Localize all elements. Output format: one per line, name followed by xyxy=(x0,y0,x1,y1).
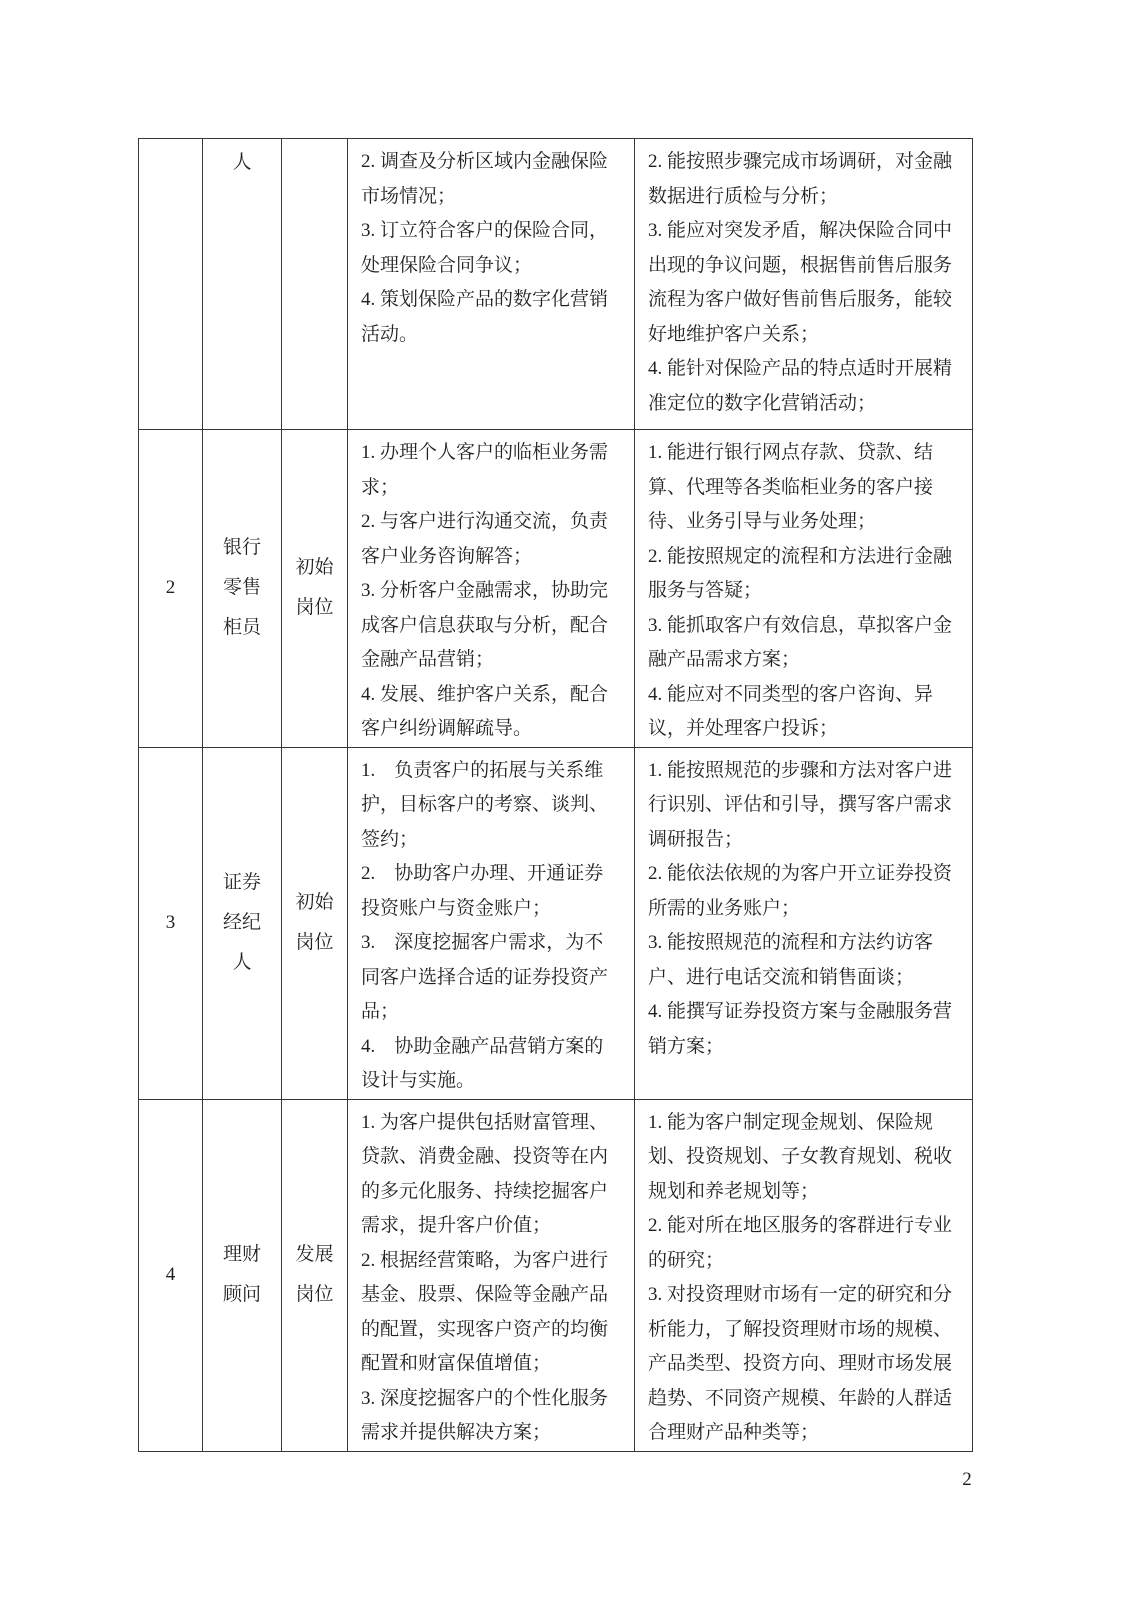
position-type xyxy=(282,139,348,430)
text-line: 趋势、不同资产规模、年龄的人群适 xyxy=(648,1382,966,1417)
table-row: 2银行零售柜员初始岗位1. 办理个人客户的临柜业务需求；2. 与客户进行沟通交流… xyxy=(139,430,973,748)
text-line: 需求并提供解决方案； xyxy=(361,1416,628,1451)
position-abilities: 1. 能进行银行网点存款、贷款、结算、代理等各类临柜业务的客户接待、业务引导与业… xyxy=(635,430,973,748)
text-line: 好地维护客户关系； xyxy=(648,318,966,353)
text-line: 求； xyxy=(361,471,628,506)
text-line: 3. 能抓取客户有效信息，草拟客户金 xyxy=(648,609,966,644)
text-line: 服务与答疑； xyxy=(648,574,966,609)
text-line: 初始 xyxy=(282,548,347,588)
text-line: 准定位的数字化营销活动； xyxy=(648,387,966,422)
text-line: 零售 xyxy=(203,568,281,608)
text-line: 人 xyxy=(203,943,281,983)
text-line: 调研报告； xyxy=(648,823,966,858)
text-line: 4. 能应对不同类型的客户咨询、异 xyxy=(648,678,966,713)
page-number: 2 xyxy=(952,1468,982,1492)
text-line: 议，并处理客户投诉； xyxy=(648,712,966,747)
table-row: 4理财顾问发展岗位1. 为客户提供包括财富管理、贷款、消费金融、投资等在内的多元… xyxy=(139,1099,973,1451)
text-line: 待、业务引导与业务处理； xyxy=(648,505,966,540)
text-line: 证券 xyxy=(203,863,281,903)
text-line: 1. 办理个人客户的临柜业务需 xyxy=(361,436,628,471)
text-line: 理财 xyxy=(203,1235,281,1275)
text-line: 流程为客户做好售前售后服务，能较 xyxy=(648,283,966,318)
position-type: 初始岗位 xyxy=(282,747,348,1099)
text-line: 户、进行电话交流和销售面谈； xyxy=(648,961,966,996)
text-line: 2. 能依法依规的为客户开立证券投资 xyxy=(648,857,966,892)
text-line: 4. 协助金融产品营销方案的 xyxy=(361,1030,628,1065)
text-line: 融产品需求方案； xyxy=(648,643,966,678)
text-line: 客户纠纷调解疏导。 xyxy=(361,712,628,747)
text-line: 品； xyxy=(361,995,628,1030)
text-line: 4. 能撰写证券投资方案与金融服务营 xyxy=(648,995,966,1030)
text-line: 设计与实施。 xyxy=(361,1064,628,1099)
text-line: 配置和财富保值增值； xyxy=(361,1347,628,1382)
text-line: 护，目标客户的考察、谈判、 xyxy=(361,788,628,823)
text-line: 3. 能按照规范的流程和方法约访客 xyxy=(648,926,966,961)
text-line: 2. 能对所在地区服务的客群进行专业 xyxy=(648,1209,966,1244)
text-line: 人 xyxy=(203,143,281,183)
text-line: 岗位 xyxy=(282,923,347,963)
position-abilities: 2. 能按照步骤完成市场调研，对金融数据进行质检与分析；3. 能应对突发矛盾，解… xyxy=(635,139,973,430)
text-line: 金融产品营销； xyxy=(361,643,628,678)
text-line: 初始 xyxy=(282,883,347,923)
text-line: 2. 能按照规定的流程和方法进行金融 xyxy=(648,540,966,575)
text-line: 的研究； xyxy=(648,1244,966,1279)
text-line: 同客户选择合适的证券投资产 xyxy=(361,961,628,996)
text-line: 3. 订立符合客户的保险合同， xyxy=(361,214,628,249)
table-row: 3证券经纪人初始岗位1. 负责客户的拓展与关系维护，目标客户的考察、谈判、签约；… xyxy=(139,747,973,1099)
position-table: 人2. 调查及分析区域内金融保险市场情况；3. 订立符合客户的保险合同，处理保险… xyxy=(138,138,973,1452)
position-name: 证券经纪人 xyxy=(203,747,282,1099)
text-line: 所需的业务账户； xyxy=(648,892,966,927)
row-number: 3 xyxy=(139,747,203,1099)
row-number xyxy=(139,139,203,430)
text-line: 2. 调查及分析区域内金融保险 xyxy=(361,145,628,180)
text-line: 数据进行质检与分析； xyxy=(648,180,966,215)
text-line: 的多元化服务、持续挖掘客户 xyxy=(361,1175,628,1210)
text-line: 需求，提升客户价值； xyxy=(361,1209,628,1244)
text-line: 3. 对投资理财市场有一定的研究和分 xyxy=(648,1278,966,1313)
position-abilities: 1. 能按照规范的步骤和方法对客户进行识别、评估和引导，撰写客户需求调研报告；2… xyxy=(635,747,973,1099)
text-line: 银行 xyxy=(203,528,281,568)
text-line: 1. 负责客户的拓展与关系维 xyxy=(361,754,628,789)
position-type: 初始岗位 xyxy=(282,430,348,748)
text-line: 出现的争议问题，根据售前售后服务 xyxy=(648,249,966,284)
text-line: 4. 发展、维护客户关系，配合 xyxy=(361,678,628,713)
text-line: 2. 根据经营策略，为客户进行 xyxy=(361,1244,628,1279)
text-line: 产品类型、投资方向、理财市场发展 xyxy=(648,1347,966,1382)
position-duties: 1. 为客户提供包括财富管理、贷款、消费金融、投资等在内的多元化服务、持续挖掘客… xyxy=(348,1099,635,1451)
text-line: 合理财产品种类等； xyxy=(648,1416,966,1451)
document-page: 人2. 调查及分析区域内金融保险市场情况；3. 订立符合客户的保险合同，处理保险… xyxy=(0,0,1131,1600)
text-line: 签约； xyxy=(361,823,628,858)
text-line: 客户业务咨询解答； xyxy=(361,540,628,575)
text-line: 顾问 xyxy=(203,1275,281,1315)
text-line: 销方案； xyxy=(648,1030,966,1065)
position-abilities: 1. 能为客户制定现金规划、保险规划、投资规划、子女教育规划、税收规划和养老规划… xyxy=(635,1099,973,1451)
text-line: 行识别、评估和引导，撰写客户需求 xyxy=(648,788,966,823)
text-line: 析能力，了解投资理财市场的规模、 xyxy=(648,1313,966,1348)
text-line: 3. 深度挖掘客户需求，为不 xyxy=(361,926,628,961)
text-line: 1. 能按照规范的步骤和方法对客户进 xyxy=(648,754,966,789)
text-line: 的配置，实现客户资产的均衡 xyxy=(361,1313,628,1348)
text-line: 3. 分析客户金融需求，协助完 xyxy=(361,574,628,609)
position-duties: 1. 办理个人客户的临柜业务需求；2. 与客户进行沟通交流，负责客户业务咨询解答… xyxy=(348,430,635,748)
text-line: 处理保险合同争议； xyxy=(361,249,628,284)
text-line: 经纪 xyxy=(203,903,281,943)
text-line: 发展 xyxy=(282,1235,347,1275)
position-duties: 1. 负责客户的拓展与关系维护，目标客户的考察、谈判、签约；2. 协助客户办理、… xyxy=(348,747,635,1099)
text-line: 2. 协助客户办理、开通证券 xyxy=(361,857,628,892)
table-body: 人2. 调查及分析区域内金融保险市场情况；3. 订立符合客户的保险合同，处理保险… xyxy=(139,139,973,1452)
text-line: 1. 为客户提供包括财富管理、 xyxy=(361,1106,628,1141)
row-number: 2 xyxy=(139,430,203,748)
position-name: 银行零售柜员 xyxy=(203,430,282,748)
text-line: 1. 能为客户制定现金规划、保险规 xyxy=(648,1106,966,1141)
text-line: 柜员 xyxy=(203,608,281,648)
text-line: 2. 能按照步骤完成市场调研，对金融 xyxy=(648,145,966,180)
text-line: 划、投资规划、子女教育规划、税收 xyxy=(648,1140,966,1175)
text-line: 2. 与客户进行沟通交流，负责 xyxy=(361,505,628,540)
position-name: 理财顾问 xyxy=(203,1099,282,1451)
text-line: 3. 能应对突发矛盾，解决保险合同中 xyxy=(648,214,966,249)
position-duties: 2. 调查及分析区域内金融保险市场情况；3. 订立符合客户的保险合同，处理保险合… xyxy=(348,139,635,430)
text-line: 算、代理等各类临柜业务的客户接 xyxy=(648,471,966,506)
text-line: 成客户信息获取与分析，配合 xyxy=(361,609,628,644)
text-line: 贷款、消费金融、投资等在内 xyxy=(361,1140,628,1175)
text-line: 岗位 xyxy=(282,588,347,628)
text-line: 1. 能进行银行网点存款、贷款、结 xyxy=(648,436,966,471)
position-type: 发展岗位 xyxy=(282,1099,348,1451)
text-line: 投资账户与资金账户； xyxy=(361,892,628,927)
text-line: 活动。 xyxy=(361,318,628,353)
text-line: 岗位 xyxy=(282,1275,347,1315)
text-line: 4. 能针对保险产品的特点适时开展精 xyxy=(648,352,966,387)
text-line: 4. 策划保险产品的数字化营销 xyxy=(361,283,628,318)
position-name: 人 xyxy=(203,139,282,430)
table-row: 人2. 调查及分析区域内金融保险市场情况；3. 订立符合客户的保险合同，处理保险… xyxy=(139,139,973,430)
text-line: 市场情况； xyxy=(361,180,628,215)
row-number: 4 xyxy=(139,1099,203,1451)
text-line: 3. 深度挖掘客户的个性化服务 xyxy=(361,1382,628,1417)
text-line: 规划和养老规划等； xyxy=(648,1175,966,1210)
text-line: 基金、股票、保险等金融产品 xyxy=(361,1278,628,1313)
